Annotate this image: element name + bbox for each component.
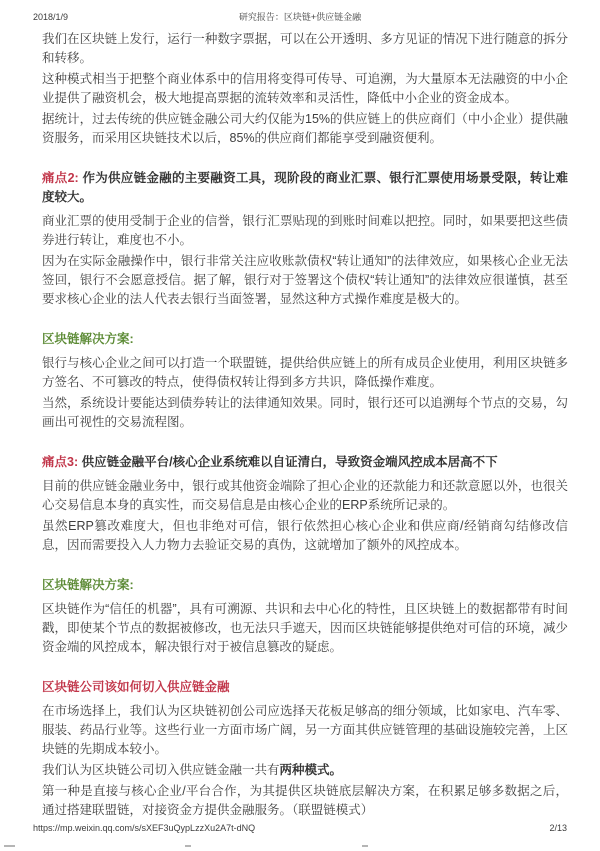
paragraph: 在市场选择上，我们认为区块链初创公司应选择天花板足够高的细分领域，比如家电、汽车…	[42, 702, 568, 759]
solution-heading: 区块链解决方案:	[42, 330, 568, 349]
page-number: 2/13	[549, 823, 567, 834]
paragraph: 当然，系统设计要能达到债券转让的法律通知效果。同时，银行还可以追溯每个节点的交易…	[42, 394, 568, 432]
paragraph: 银行与核心企业之间可以打造一个联盟链，提供给供应链上的所有成员企业使用，利用区块…	[42, 354, 568, 392]
text-segment: 因为在实际金融操作中，银行非常关注应收账款债权“转让通知”的法律效应，如果核心企…	[42, 254, 568, 306]
paragraph: 区块链作为“信任的机器”，具有可溯源、共识和去中心化的特性，且区块链上的数据都带…	[42, 600, 568, 657]
text-segment-bold: 作为供应链金融的主要融资工具，现阶段的商业汇票、银行汇票使用场景受限，转让难度较…	[42, 171, 568, 204]
next-page-mark	[4, 845, 15, 847]
header-title: 研究报告：区块链+供应链金融	[239, 12, 361, 22]
text-segment: 目前的供应链金融业务中，银行或其他资金端除了担心企业的还款能力和还款意愿以外，也…	[42, 479, 568, 512]
pain-point: 痛点3: 供应链金融平台/核心企业系统难以自证清白，导致资金端风控成本居高不下	[42, 453, 568, 472]
text-segment: 商业汇票的使用受制于企业的信誉，银行汇票贴现的到账时间难以把控。同时，如果要把这…	[42, 214, 568, 247]
text-segment-red-bold: 痛点2:	[42, 171, 79, 185]
text-segment: 这种模式相当于把整个商业体系中的信用将变得可传导、可追溯，为大量原本无法融资的中…	[42, 72, 568, 105]
page-header: 2018/1/9 研究报告：区块链+供应链金融	[33, 12, 567, 23]
pain-point: 痛点2: 作为供应链金融的主要融资工具，现阶段的商业汇票、银行汇票使用场景受限，…	[42, 169, 568, 207]
paragraph: 虽然ERP篡改难度大，但也非绝对可信，银行依然担心核心企业和供应商/经销商勾结修…	[42, 517, 568, 555]
paragraph: 商业汇票的使用受制于企业的信誉，银行汇票贴现的到账时间难以把控。同时，如果要把这…	[42, 212, 568, 250]
document-content: 我们在区块链上发行，运行一种数字票据，可以在公开透明、多方见证的情况下进行随意的…	[42, 30, 568, 822]
paragraph: 这种模式相当于把整个商业体系中的信用将变得可传导、可追溯，为大量原本无法融资的中…	[42, 70, 568, 108]
text-segment: 虽然ERP篡改难度大，但也非绝对可信，银行依然担心核心企业和供应商/经销商勾结修…	[42, 519, 568, 552]
text-segment: 第一种是直接与核心企业/平台合作，为其提供区块链底层解决方案，在积累足够多数据之…	[42, 784, 568, 817]
next-page-mark	[362, 845, 368, 847]
text-segment-green-bold: 区块链解决方案:	[42, 578, 134, 592]
paragraph: 我们在区块链上发行，运行一种数字票据，可以在公开透明、多方见证的情况下进行随意的…	[42, 30, 568, 68]
text-segment: 当然，系统设计要能达到债券转让的法律通知效果。同时，银行还可以追溯每个节点的交易…	[42, 396, 568, 429]
section-heading: 区块链公司该如何切入供应链金融	[42, 678, 568, 697]
paragraph: 因为在实际金融操作中，银行非常关注应收账款债权“转让通知”的法律效应，如果核心企…	[42, 252, 568, 309]
text-segment: 银行与核心企业之间可以打造一个联盟链，提供给供应链上的所有成员企业使用，利用区块…	[42, 356, 568, 389]
text-segment-red-bold: 区块链公司该如何切入供应链金融	[42, 680, 230, 694]
page-footer: https://mp.weixin.qq.com/s/sXEF3uQypLzzX…	[33, 823, 567, 834]
paragraph: 目前的供应链金融业务中，银行或其他资金端除了担心企业的还款能力和还款意愿以外，也…	[42, 477, 568, 515]
paragraph: 第一种是直接与核心企业/平台合作，为其提供区块链底层解决方案，在积累足够多数据之…	[42, 782, 568, 820]
text-segment-red-bold: 痛点3:	[42, 455, 78, 469]
header-date: 2018/1/9	[33, 12, 68, 23]
paragraph: 据统计，过去传统的供应链金融公司大约仅能为15%的供应链上的供应商们（中小企业）…	[42, 110, 568, 148]
text-segment: 我们认为区块链公司切入供应链金融一共有	[42, 763, 280, 777]
text-segment: 区块链作为“信任的机器”，具有可溯源、共识和去中心化的特性，且区块链上的数据都带…	[42, 602, 568, 654]
text-segment-green-bold: 区块链解决方案:	[42, 332, 134, 346]
solution-heading: 区块链解决方案:	[42, 576, 568, 595]
text-segment: 在市场选择上，我们认为区块链初创公司应选择天花板足够高的细分领域，比如家电、汽车…	[42, 704, 568, 756]
text-segment: 据统计，过去传统的供应链金融公司大约仅能为15%的供应链上的供应商们（中小企业）…	[42, 112, 568, 145]
text-segment-bold: 供应链金融平台/核心企业系统难以自证清白，导致资金端风控成本居高不下	[78, 455, 497, 469]
text-segment-bold: 两种模式。	[280, 763, 343, 777]
print-page: 2018/1/9 研究报告：区块链+供应链金融 我们在区块链上发行，运行一种数字…	[0, 0, 600, 851]
text-segment: 我们在区块链上发行，运行一种数字票据，可以在公开透明、多方见证的情况下进行随意的…	[42, 32, 568, 65]
paragraph: 我们认为区块链公司切入供应链金融一共有两种模式。	[42, 761, 568, 780]
footer-url: https://mp.weixin.qq.com/s/sXEF3uQypLzzX…	[33, 823, 255, 834]
next-page-mark	[185, 845, 191, 847]
